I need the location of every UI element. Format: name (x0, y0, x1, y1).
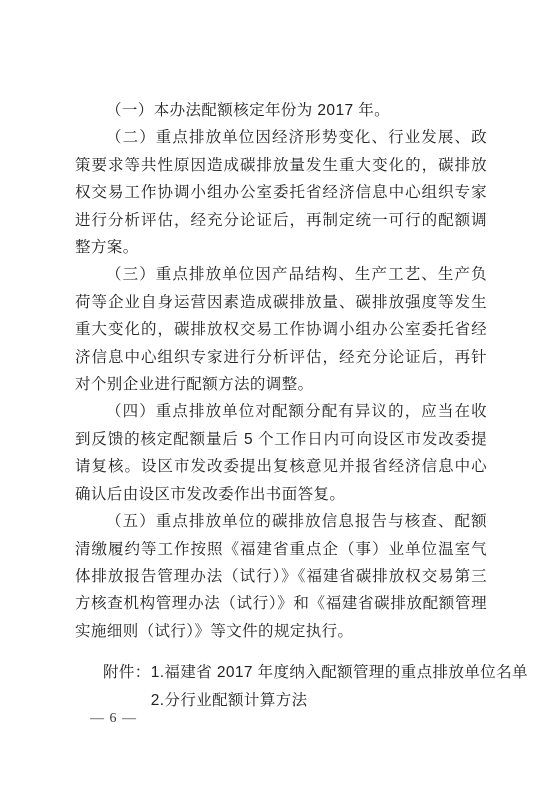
paragraph-item-3: （三）重点排放单位因产品结构、生产工艺、生产负荷等企业自身运营因素造成碳排放量、… (75, 261, 487, 398)
attachment-block: 附件： 1.福建省 2017 年度纳入配额管理的重点排放单位名单 2.分行业配额… (103, 659, 487, 714)
attachment-item-1: 1.福建省 2017 年度纳入配额管理的重点排放单位名单 (151, 659, 528, 686)
document-page: （一）本办法配额核定年份为 2017 年。 （二）重点排放单位因经济形势变化、行… (0, 0, 560, 792)
attachment-list: 1.福建省 2017 年度纳入配额管理的重点排放单位名单 2.分行业配额计算方法 (151, 659, 528, 714)
attachment-item-2: 2.分行业配额计算方法 (151, 687, 528, 714)
paragraph-item-4: （四）重点排放单位对配额分配有异议的，应当在收到反馈的核定配额量后 5 个工作日… (75, 398, 487, 508)
paragraph-item-5: （五）重点排放单位的碳排放信息报告与核查、配额清缴履约等工作按照《福建省重点企（… (75, 508, 487, 645)
paragraph-item-2: （二）重点排放单位因经济形势变化、行业发展、政策要求等共性原因造成碳排放量发生重… (75, 124, 487, 261)
paragraph-item-1: （一）本办法配额核定年份为 2017 年。 (75, 97, 487, 124)
page-number: — 6 — (90, 708, 137, 730)
document-body: （一）本办法配额核定年份为 2017 年。 （二）重点排放单位因经济形势变化、行… (75, 97, 487, 714)
attachment-label: 附件： (103, 659, 151, 686)
